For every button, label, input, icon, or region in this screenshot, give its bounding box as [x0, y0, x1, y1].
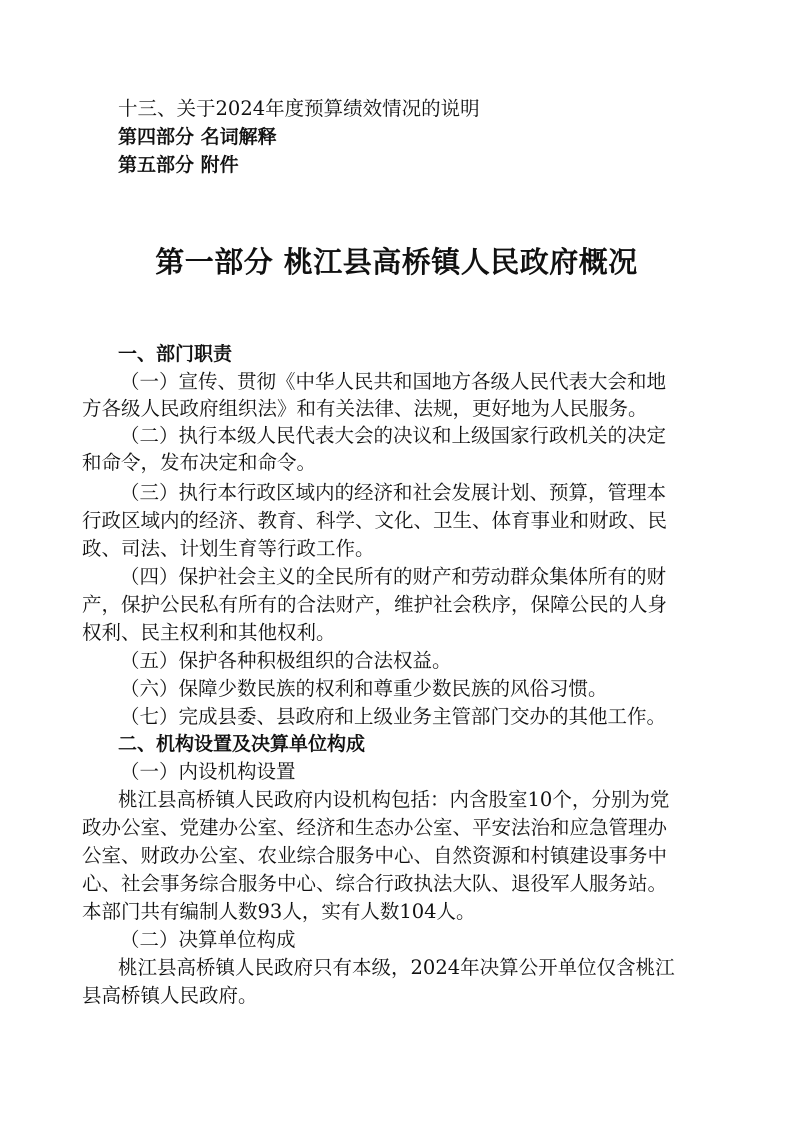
page-title: 第一部分 桃江县高桥镇人民政府概况	[0, 242, 793, 282]
paragraph-line: 本部门共有编制人数93人，实有人数104人。	[82, 898, 476, 925]
paragraph-line: 权利、民主权利和其他权利。	[82, 619, 336, 646]
subsection-heading: （二）决算单位构成	[120, 926, 296, 953]
paragraph-line: 政办公室、党建办公室、经济和生态办公室、平安法治和应急管理办	[82, 814, 667, 841]
toc-item-section13: 十三、关于2024年度预算绩效情况的说明	[118, 95, 480, 122]
paragraph-line: 心、社会事务综合服务中心、综合行政执法大队、退役军人服务站。	[82, 870, 667, 897]
paragraph-line: 方各级人民政府组织法》和有关法律、法规，更好地为人民服务。	[82, 395, 648, 422]
section-heading-organization: 二、机构设置及决算单位构成	[118, 731, 365, 758]
paragraph-line: （六）保障少数民族的权利和尊重少数民族的风俗习惯。	[120, 675, 608, 702]
subsection-heading: （一）内设机构设置	[120, 758, 296, 785]
section-heading-duties: 一、部门职责	[118, 341, 232, 368]
paragraph-line: 桃江县高桥镇人民政府只有本级，2024年决算公开单位仅含桃江	[118, 954, 675, 981]
paragraph-line: 政、司法、计划生育等行政工作。	[82, 535, 375, 562]
paragraph-line: （二）执行本级人民代表大会的决议和上级国家行政机关的决定	[120, 422, 666, 449]
paragraph-line: 县高桥镇人民政府。	[82, 982, 258, 1009]
paragraph-line: 桃江县高桥镇人民政府内设机构包括：内含股室10个，分别为党	[118, 786, 669, 813]
paragraph-line: （四）保护社会主义的全民所有的财产和劳动群众集体所有的财	[120, 563, 666, 590]
toc-item-part5: 第五部分 附件	[118, 152, 239, 179]
paragraph-line: （三）执行本行政区域内的经济和社会发展计划、预算，管理本	[120, 479, 666, 506]
paragraph-line: （七）完成县委、县政府和上级业务主管部门交办的其他工作。	[120, 703, 666, 730]
paragraph-line: （五）保护各种积极组织的合法权益。	[120, 647, 452, 674]
paragraph-line: 产，保护公民私有所有的合法财产，维护社会秩序，保障公民的人身	[82, 591, 667, 618]
paragraph-line: 和命令，发布决定和命令。	[82, 449, 316, 476]
paragraph-line: （一）宣传、贯彻《中华人民共和国地方各级人民代表大会和地	[120, 368, 666, 395]
paragraph-line: 公室、财政办公室、农业综合服务中心、自然资源和村镇建设事务中	[82, 842, 667, 869]
paragraph-line: 行政区域内的经济、教育、科学、文化、卫生、体育事业和财政、民	[82, 507, 667, 534]
toc-item-part4: 第四部分 名词解释	[118, 124, 277, 151]
